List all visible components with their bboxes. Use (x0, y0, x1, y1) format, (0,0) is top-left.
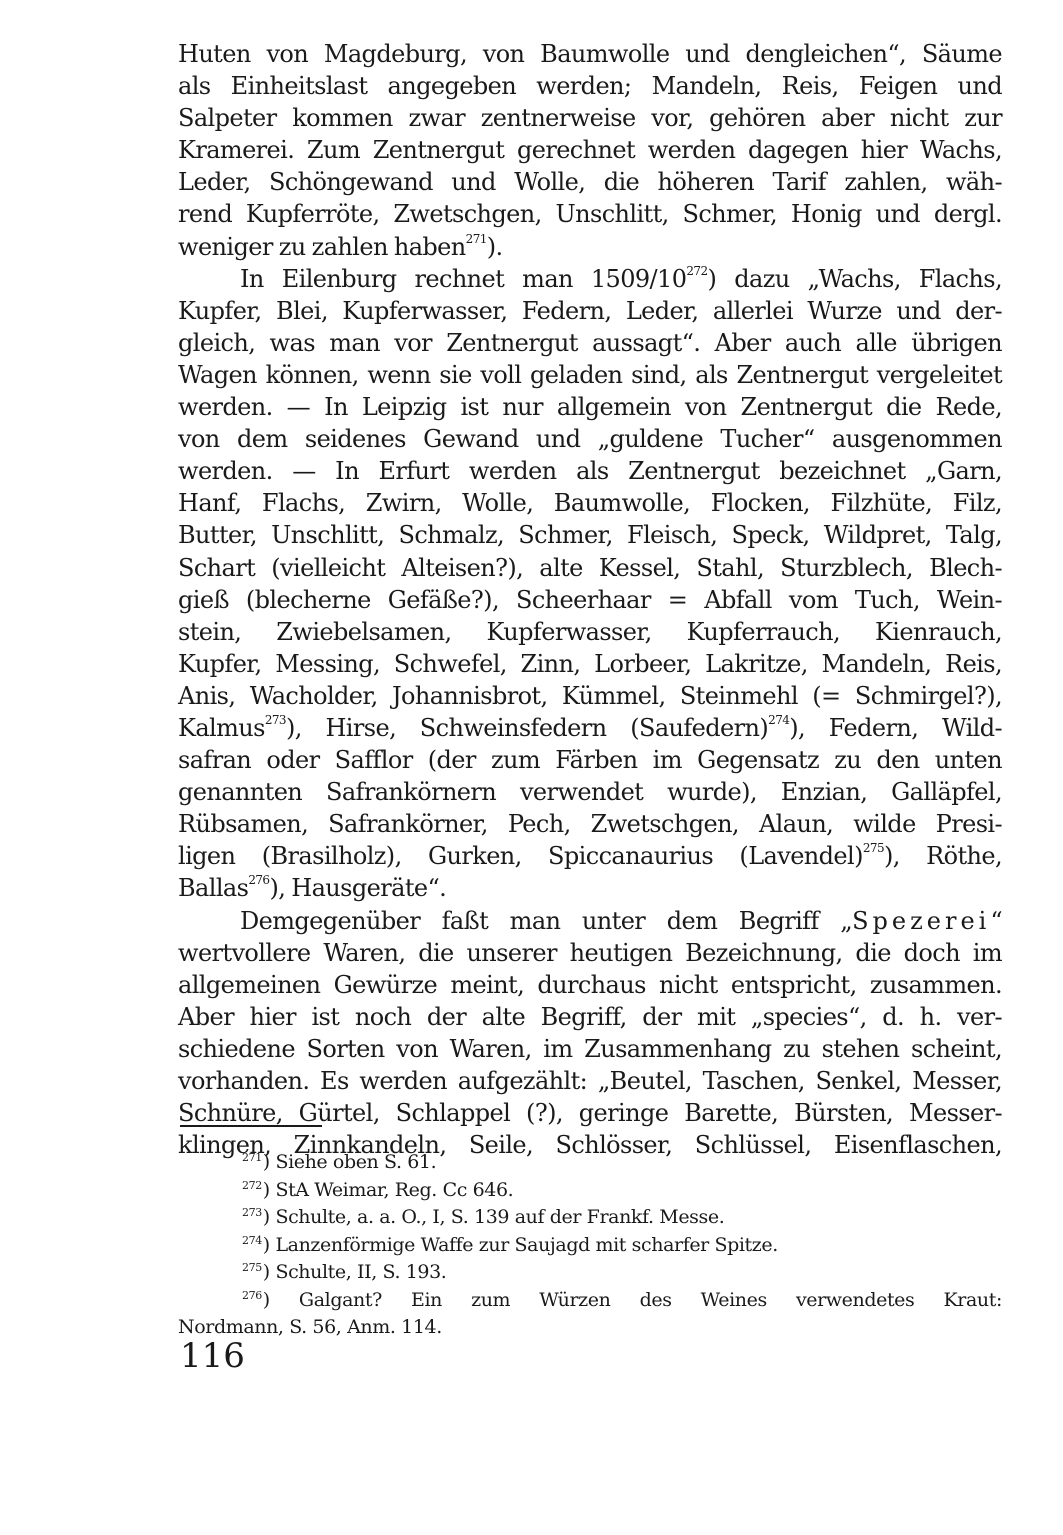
text-line: von dem seidenes Gewand und „guldene Tuc… (178, 423, 1002, 455)
text-line: werden. — In Leipzig ist nur allgemein v… (178, 391, 1002, 423)
text-line: gieß (blecherne Gefäße?), Scheerhaar = A… (178, 584, 1002, 616)
text-line: gleich, was man vor Zentnergut aussagt“.… (178, 327, 1002, 359)
text-fragment: ligen (Brasilholz), Gurken, Spiccanauriu… (178, 842, 863, 870)
footnote-271: 271) Siehe oben S. 61. (178, 1150, 1002, 1178)
text-line: Salpeter kommen zwar zentnerweise vor, g… (178, 102, 1002, 134)
paragraph-1: Huten von Magdeburg, von Baumwolle und d… (178, 38, 1002, 263)
footnote-ref-274[interactable]: 274 (768, 713, 789, 727)
text-line: ligen (Brasilholz), Gurken, Spiccanauriu… (178, 840, 1002, 872)
footnote-number: 276 (242, 1289, 262, 1302)
page-number: 116 (180, 1336, 245, 1376)
text-line: Hanf, Flachs, Zwirn, Wolle, Baumwolle, F… (178, 487, 1002, 519)
text-fragment: ). (487, 233, 503, 261)
footnote-272: 272) StA Weimar, Reg. Cc 646. (178, 1178, 1002, 1206)
text-line: schiedene Sorten von Waren, im Zusammenh… (178, 1033, 1002, 1065)
text-line: Huten von Magdeburg, von Baumwolle und d… (178, 38, 1002, 70)
footnote-number: 274 (242, 1234, 262, 1247)
text-fragment: In Eilenburg rechnet man 1509/10 (240, 265, 686, 293)
footnote-275: 275) Schulte, II, S. 193. (178, 1260, 1002, 1288)
text-fragment: ), Federn, Wild- (789, 714, 1002, 742)
text-line: safran oder Safflor (der zum Färben im G… (178, 744, 1002, 776)
footnote-273: 273) Schulte, a. a. O., I, S. 139 auf de… (178, 1205, 1002, 1233)
footnote-text: ) Galgant? Ein zum Würzen des Weines ver… (263, 1289, 1002, 1311)
footnote-ref-271[interactable]: 271 (466, 232, 487, 246)
text-fragment: ), Röthe, (884, 842, 1002, 870)
text-line: Schart (vielleicht Alteisen?), alte Kess… (178, 552, 1002, 584)
text-line: Kalmus273), Hirse, Schweinsfedern (Saufe… (178, 712, 1002, 744)
text-line: weniger zu zahlen haben271). (178, 231, 1002, 263)
footnotes: 271) Siehe oben S. 61. 272) StA Weimar, … (178, 1150, 1002, 1340)
text-fragment: ), Hausgeräte“. (269, 874, 446, 902)
footnote-ref-272[interactable]: 272 (686, 264, 707, 278)
spaced-term: Spezerei (852, 907, 990, 935)
footnote-text: ) Siehe oben S. 61. (263, 1151, 436, 1173)
text-line: Kramerei. Zum Zentnergut gerechnet werde… (178, 134, 1002, 166)
footnote-number: 273 (242, 1206, 262, 1219)
text-line: Kupfer, Messing, Schwefel, Zinn, Lorbeer… (178, 648, 1002, 680)
footnote-text: ) Schulte, a. a. O., I, S. 139 auf der F… (263, 1206, 725, 1228)
text-line: vorhanden. Es werden aufgezählt: „Beutel… (178, 1065, 1002, 1097)
footnote-separator (180, 1125, 322, 1127)
text-line: stein, Zwiebelsamen, Kupferwasser, Kupfe… (178, 616, 1002, 648)
text-line: allgemeinen Gewürze meint, durchaus nich… (178, 969, 1002, 1001)
footnote-276: 276) Galgant? Ein zum Würzen des Weines … (178, 1288, 1002, 1316)
text-line: werden. — In Erfurt werden als Zentnergu… (178, 455, 1002, 487)
text-line: rend Kupferröte, Zwetschgen, Unschlitt, … (178, 198, 1002, 230)
footnote-text: ) Lanzenförmige Waffe zur Saujagd mit sc… (263, 1234, 778, 1256)
text-line: Demgegenüber faßt man unter dem Begriff … (178, 905, 1002, 937)
text-line: Rübsamen, Safrankörner, Pech, Zwetschgen… (178, 808, 1002, 840)
footnote-276-continuation: Nordmann, S. 56, Anm. 114. (178, 1315, 1002, 1340)
text-line: wertvollere Waren, die unserer heutigen … (178, 937, 1002, 969)
footnote-text: ) Schulte, II, S. 193. (263, 1261, 447, 1283)
paragraph-2: In Eilenburg rechnet man 1509/10272) daz… (178, 263, 1002, 905)
text-line: Kupfer, Blei, Kupferwasser, Federn, Lede… (178, 295, 1002, 327)
text-line: Aber hier ist noch der alte Begriff, der… (178, 1001, 1002, 1033)
footnote-text: ) StA Weimar, Reg. Cc 646. (263, 1179, 514, 1201)
text-line: Ballas276), Hausgeräte“. (178, 872, 1002, 904)
text-fragment: Demgegenüber faßt man unter dem Begriff … (240, 907, 852, 935)
footnote-274: 274) Lanzenförmige Waffe zur Saujagd mit… (178, 1233, 1002, 1261)
text-fragment: Kalmus (178, 714, 265, 742)
text-fragment: “ (990, 907, 1002, 935)
paragraph-3: Demgegenüber faßt man unter dem Begriff … (178, 905, 1002, 1162)
text-line: genannten Safrankörnern verwendet wurde)… (178, 776, 1002, 808)
text-line: Butter, Unschlitt, Schmalz, Schmer, Flei… (178, 519, 1002, 551)
footnote-ref-275[interactable]: 275 (863, 841, 884, 855)
text-line: Wagen können, wenn sie voll geladen sind… (178, 359, 1002, 391)
text-fragment: ) dazu „Wachs, Flachs, (708, 265, 1003, 293)
footnote-number: 272 (242, 1179, 262, 1192)
text-fragment: Ballas (178, 874, 248, 902)
document-page: Huten von Magdeburg, von Baumwolle und d… (178, 38, 1002, 1161)
text-line: Anis, Wacholder, Johannisbrot, Kümmel, S… (178, 680, 1002, 712)
text-line: Leder, Schöngewand und Wolle, die höhere… (178, 166, 1002, 198)
text-fragment: ), Hirse, Schweinsfedern (Saufedern) (286, 714, 768, 742)
body-text: Huten von Magdeburg, von Baumwolle und d… (178, 38, 1002, 1161)
footnote-number: 271 (242, 1151, 262, 1164)
footnote-ref-273[interactable]: 273 (265, 713, 286, 727)
footnote-number: 275 (242, 1261, 262, 1274)
text-line: als Einheitslast angegeben werden; Mande… (178, 70, 1002, 102)
text-line: In Eilenburg rechnet man 1509/10272) daz… (178, 263, 1002, 295)
text-fragment: weniger zu zahlen haben (178, 233, 466, 261)
footnote-ref-276[interactable]: 276 (248, 873, 269, 887)
